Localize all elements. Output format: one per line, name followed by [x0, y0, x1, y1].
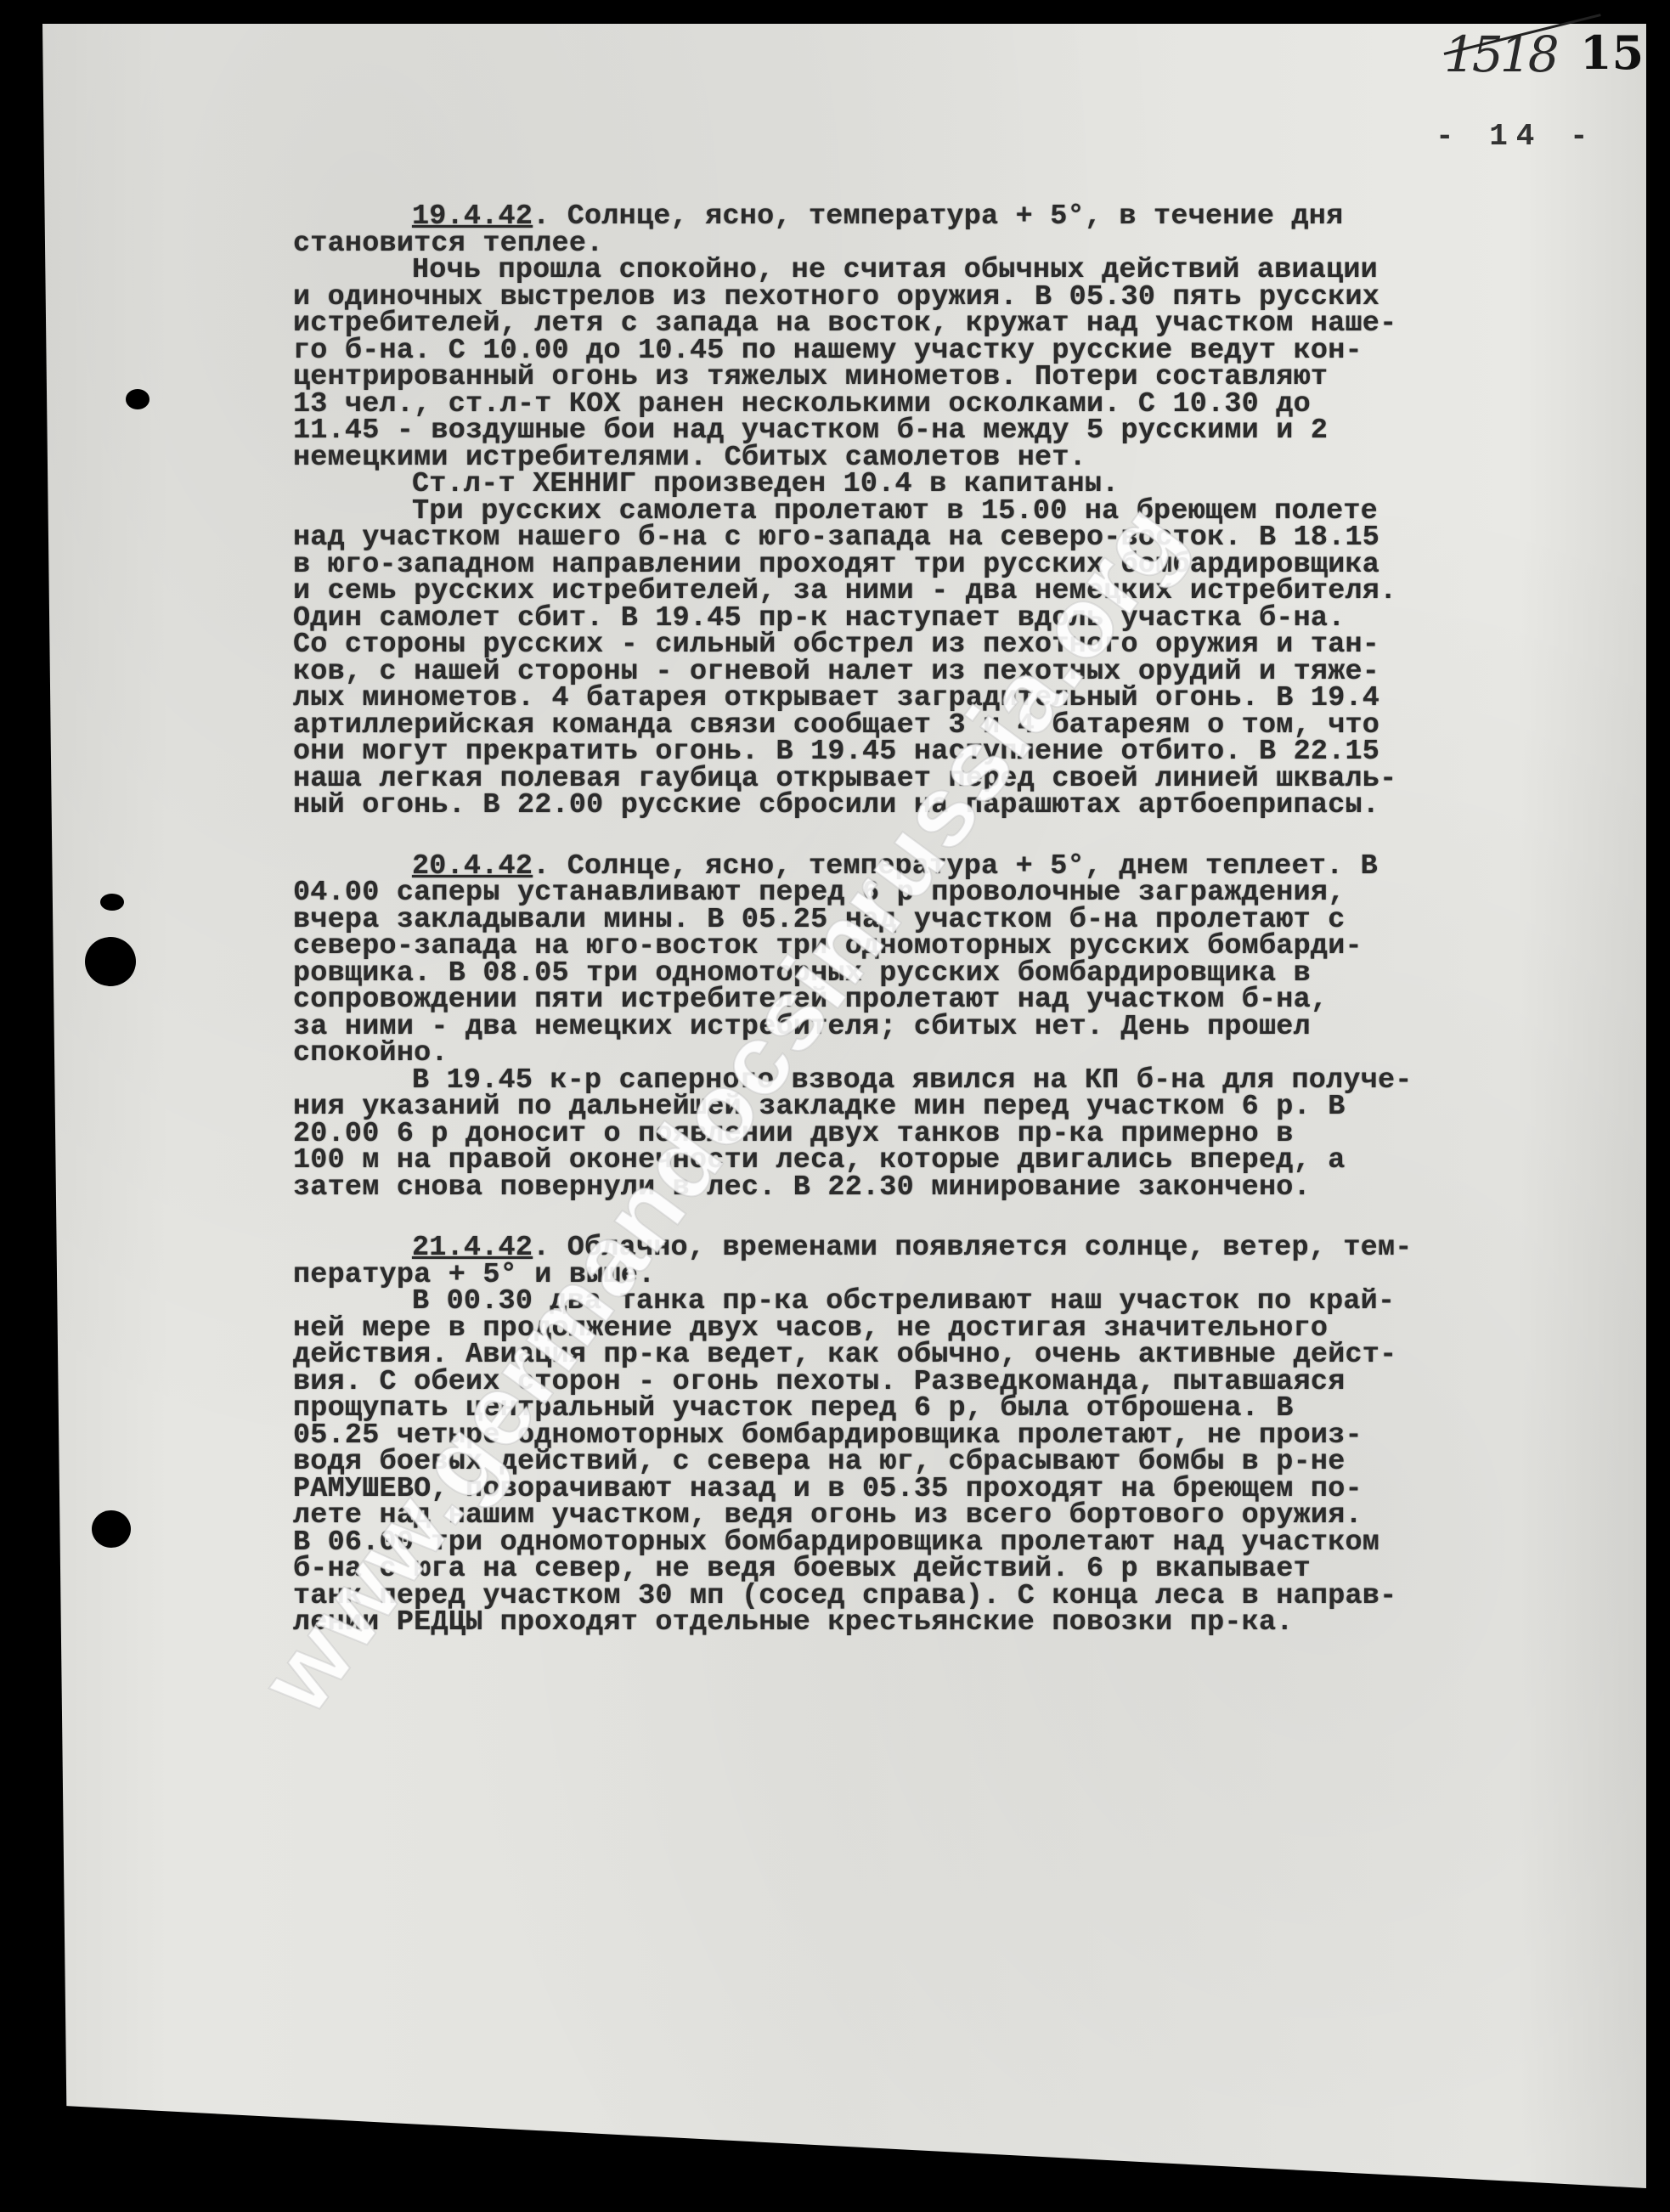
stamped-page-number: 15 — [1580, 25, 1644, 80]
text-line: ный огонь. В 22.00 русские сбросили на п… — [293, 793, 1652, 820]
text-line: б-на с юга на север, не ведя боевых дейс… — [293, 1556, 1652, 1583]
text-line: лете над нашим участком, ведя огонь из в… — [293, 1503, 1652, 1530]
text-line: действия. Авиация пр-ка ведет, как обычн… — [293, 1342, 1652, 1369]
text-line: Со стороны русских - сильный обстрел из … — [293, 632, 1652, 659]
text-line: Ст.л-т ХЕННИГ произведен 10.4 в капитаны… — [293, 471, 1652, 499]
text-line: лых минометов. 4 батарея открывает загра… — [293, 686, 1652, 713]
text-line: водя боевых действий, с севера на юг, сб… — [293, 1449, 1652, 1476]
punch-hole-upper — [85, 937, 136, 986]
text-line: 21.4.42. Облачно, временами появляется с… — [293, 1235, 1652, 1262]
typed-page-number: - 14 - — [1436, 119, 1597, 154]
entry-gap — [293, 1201, 1652, 1235]
text-line: Ночь прошла спокойно, не считая обычных … — [293, 257, 1652, 285]
text-line: центрированный огонь из тяжелых миномето… — [293, 364, 1652, 392]
text-line: затем снова повернули в лес. В 22.30 мин… — [293, 1175, 1652, 1202]
text-line: ния указаний по дальнейшей закладке мин … — [293, 1094, 1652, 1121]
entry-gap — [293, 820, 1652, 854]
text-line: и семь русских истребителей, за ними - д… — [293, 578, 1652, 606]
entry-text: . Облачно, временами появляется солнце, … — [533, 1232, 1412, 1264]
entry-text: . Солнце, ясно, температура + 5°, в тече… — [533, 200, 1343, 233]
text-line: прощупать центральный участок перед 6 р,… — [293, 1396, 1652, 1423]
text-line: истребителей, летя с запада на восток, к… — [293, 311, 1652, 338]
text-line: 04.00 саперы устанавливают перед 6 р про… — [293, 880, 1652, 907]
text-line: северо-запада на юго-восток три одномото… — [293, 934, 1652, 961]
handwritten-page-number: 1518 — [1444, 25, 1556, 83]
text-line: над участком нашего б-на с юго-запада на… — [293, 525, 1652, 552]
punch-hole-damaged-upper — [126, 389, 150, 409]
text-line: В 00.30 два танка пр-ка обстреливают наш… — [293, 1289, 1652, 1316]
punch-hole-lower — [92, 1510, 131, 1548]
text-line: лении РЕДЦЫ проходят отдельные крестьянс… — [293, 1610, 1652, 1637]
text-line: спокойно. — [293, 1041, 1652, 1068]
text-line: сопровождении пяти истребителей пролетаю… — [293, 987, 1652, 1014]
text-line: за ними - два немецких истребителя; сбит… — [293, 1014, 1652, 1041]
diary-body: 19.4.42. Солнце, ясно, температура + 5°,… — [293, 204, 1652, 1637]
text-line: они могут прекратить огонь. В 19.45 наст… — [293, 739, 1652, 766]
text-line: 100 м на правой оконечности леса, которы… — [293, 1148, 1652, 1175]
punch-hole-damaged-lower — [100, 894, 124, 911]
text-line: 11.45 - воздушные бои над участком б-на … — [293, 418, 1652, 445]
text-line: 19.4.42. Солнце, ясно, температура + 5°,… — [293, 204, 1652, 231]
